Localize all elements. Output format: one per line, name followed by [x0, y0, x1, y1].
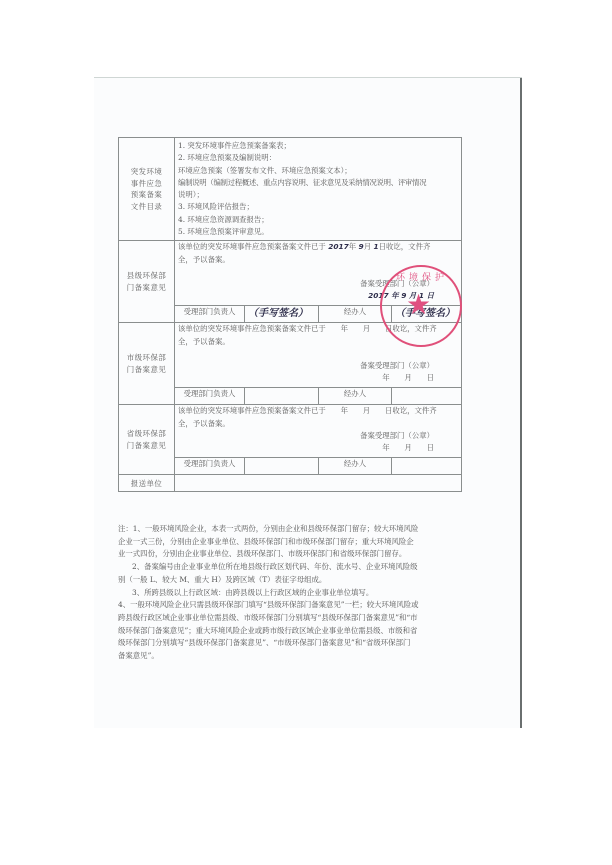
head-signature-cell	[245, 388, 319, 405]
catalog-item: 4. 环境应急资源调查报告；	[178, 214, 458, 226]
handler-signature-cell	[392, 388, 462, 405]
catalog-item: 3. 环境风险评估报告；	[178, 201, 458, 213]
head-signature: （手写签名）	[248, 308, 308, 319]
footnotes: 注：1、一般环境风险企业，本表一式两份，分别由企业和县级环保部门留存；较大环境风…	[118, 523, 462, 663]
report-unit-label: 报送单位	[119, 475, 175, 492]
note-line: 备案意见”。	[118, 650, 462, 663]
province-approval-text: 全，予以备案。	[178, 418, 458, 430]
note-line: 企业一式三份，分别由企业事业单位、县级环保部门和市级环保部门留存；重大环境风险企	[118, 536, 462, 549]
note-line: 4、一般环境风险企业只需县级环保部门填写“县级环保部门备案意见”一栏；较大环境风…	[118, 599, 462, 612]
county-opinion-cell: 该单位的突发环境事件应急预案备案文件已于 2017年 9月 1日收讫，文件齐 全…	[175, 241, 462, 306]
note-line: 注：1、一般环境风险企业，本表一式两份，分别由企业和县级环保部门留存；较大环境风…	[118, 523, 462, 536]
label-line: 省级环保部	[122, 428, 171, 439]
city-label: 市级环保部 门备案意见	[119, 323, 175, 405]
catalog-label: 突发环境 事件应急 预案备案 文件目录	[119, 138, 175, 241]
handler-signature-cell	[392, 458, 462, 475]
city-opinion-row: 市级环保部 门备案意见 该单位的突发环境事件应急预案备案文件已于 年 月 日收讫…	[119, 323, 462, 388]
label-line: 县级环保部	[122, 270, 171, 281]
head-label: 受理部门负责人	[175, 306, 245, 323]
label-line: 门备案意见	[122, 440, 171, 451]
year-unit: 年	[349, 242, 356, 251]
label-line: 门备案意见	[122, 282, 171, 293]
handler-label: 经办人	[319, 458, 392, 475]
province-opinion-row: 省级环保部 门备案意见 该单位的突发环境事件应急预案备案文件已于 年 月 日收讫…	[119, 405, 462, 458]
note-line: 3、所跨县级以上行政区域：由跨县级以上行政区域的企业事业单位填写。	[118, 587, 462, 600]
handler-label: 经办人	[319, 388, 392, 405]
county-receipt-line: 该单位的突发环境事件应急预案备案文件已于 2017年 9月 1日收讫，文件齐	[178, 241, 458, 253]
label-line: 预案备案	[122, 189, 171, 200]
county-seal-label: 备案受理部门（公章）	[178, 278, 458, 290]
catalog-item: 5. 环境应急预案评审意见。	[178, 226, 458, 238]
catalog-items: 1. 突发环境事件应急预案备案表； 2. 环境应急预案及编制说明： 环境应急预案…	[175, 138, 462, 241]
county-label: 县级环保部 门备案意见	[119, 241, 175, 323]
note-line: 2、备案编号由企业事业单位所在地县级行政区划代码、年份、流水号、企业环境风险级	[118, 561, 462, 574]
city-approval-text: 全，予以备案。	[178, 336, 458, 348]
province-opinion-cell: 该单位的突发环境事件应急预案备案文件已于 年 月 日收讫，文件齐 全，予以备案。…	[175, 405, 462, 458]
month-unit: 月	[364, 242, 371, 251]
label-line: 事件应急	[122, 178, 171, 189]
county-approval-text: 全，予以备案。	[178, 254, 458, 266]
province-receipt-line: 该单位的突发环境事件应急预案备案文件已于 年 月 日收讫，文件齐	[178, 405, 458, 417]
province-seal-label: 备案受理部门（公章）	[178, 430, 458, 442]
label-line: 突发环境	[122, 166, 171, 177]
handler-label: 经办人	[319, 306, 392, 323]
head-signature-cell: （手写签名）	[245, 306, 319, 323]
handwritten-year: 2017	[328, 242, 349, 251]
city-seal-label: 备案受理部门（公章）	[178, 360, 458, 372]
note-line: 级环保部门分别填写“县级环保部门备案意见”、“市级环保部门备案意见”和“省级环保…	[118, 637, 462, 650]
label-line: 市级环保部	[122, 352, 171, 363]
label-line: 文件目录	[122, 201, 171, 212]
report-unit-row: 报送单位	[119, 475, 462, 492]
county-opinion-row: 县级环保部 门备案意见 该单位的突发环境事件应急预案备案文件已于 2017年 9…	[119, 241, 462, 306]
filing-form-table: 突发环境 事件应急 预案备案 文件目录 1. 突发环境事件应急预案备案表； 2.…	[118, 137, 462, 492]
handler-signature: （手写签名）	[395, 308, 455, 319]
catalog-row: 突发环境 事件应急 预案备案 文件目录 1. 突发环境事件应急预案备案表； 2.…	[119, 138, 462, 241]
catalog-item: 编制说明（编制过程概述、重点内容说明、征求意见及采纳情况说明、评审情况	[178, 177, 458, 189]
note-line: 别（一般 L、较大 M、重大 H）及跨区域（T）表征字母组成。	[118, 574, 462, 587]
catalog-item: 说明）；	[178, 189, 458, 201]
catalog-item: 2. 环境应急预案及编制说明：	[178, 152, 458, 164]
note-line: 业一式四份，分别由企业事业单位、县级环保部门、市级环保部门和省级环保部门留存。	[118, 548, 462, 561]
handler-signature-cell: （手写签名）	[392, 306, 462, 323]
note-line: 跨县级行政区域企业事业单位需县级、市级环保部门分别填写“县级环保部门备案意见”和…	[118, 612, 462, 625]
catalog-item: 1. 突发环境事件应急预案备案表；	[178, 140, 458, 152]
county-date: 2017 年 9 月 1 日	[178, 290, 458, 302]
head-label: 受理部门负责人	[175, 388, 245, 405]
city-opinion-cell: 该单位的突发环境事件应急预案备案文件已于 年 月 日收讫，文件齐 全，予以备案。…	[175, 323, 462, 388]
city-date: 年 月 日	[178, 372, 458, 384]
receipt-text: 该单位的突发环境事件应急预案备案文件已于	[178, 242, 326, 251]
report-unit-value	[175, 475, 462, 492]
head-label: 受理部门负责人	[175, 458, 245, 475]
note-line: 级环保部门备案意见”；重大环境风险企业或跨市级行政区域企业事业单位需县级、市级和…	[118, 625, 462, 638]
label-line: 门备案意见	[122, 364, 171, 375]
head-signature-cell	[245, 458, 319, 475]
receipt-suffix: 日收讫，文件齐	[379, 242, 431, 251]
city-receipt-line: 该单位的突发环境事件应急预案备案文件已于 年 月 日收讫，文件齐	[178, 323, 458, 335]
catalog-item: 环境应急预案（签署发布文件、环境应急预案文本）；	[178, 165, 458, 177]
province-label: 省级环保部 门备案意见	[119, 405, 175, 475]
province-date: 年 月 日	[178, 442, 458, 454]
